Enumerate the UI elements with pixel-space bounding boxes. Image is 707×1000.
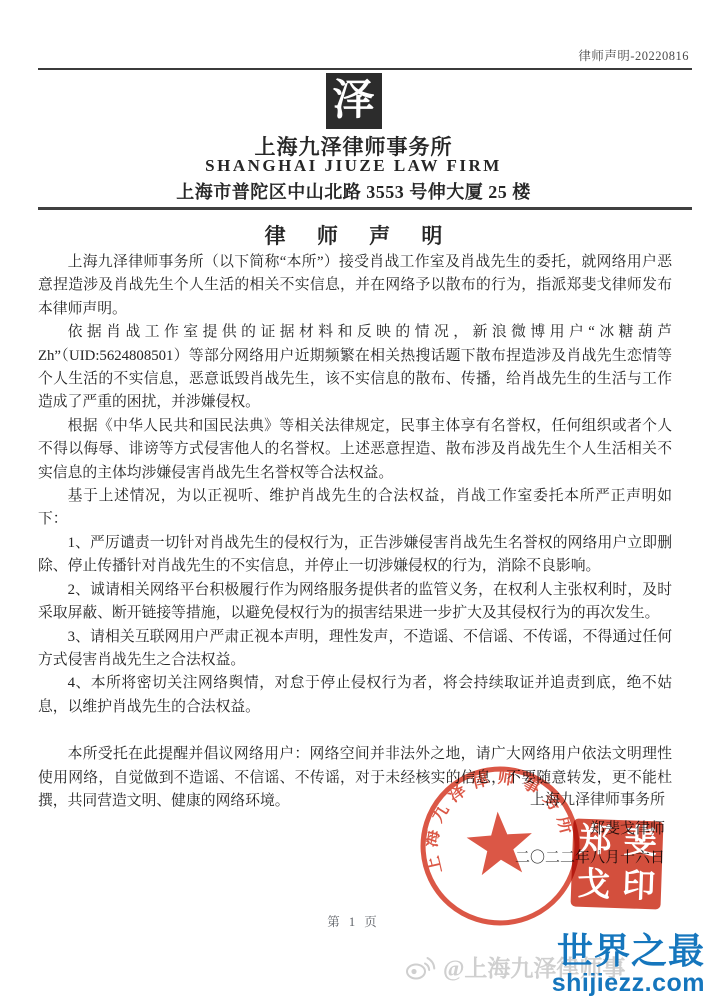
statement-item-4: 4、本所将密切关注网络舆情，对怠于停止侵权行为者，将会持续取证并追责到底，绝不姑… — [38, 672, 672, 719]
square-seal-char: 郑 — [578, 824, 612, 858]
square-seal-char: 印 — [622, 870, 656, 904]
header-rule-bottom — [38, 207, 692, 210]
statement-item-2: 2、诚请相关网络平台积极履行作为网络服务提供者的监管义务，在权利人主张权利时，及… — [38, 579, 672, 626]
statement-paragraph: 依据肖战工作室提供的证据材料和反映的情况，新浪微博用户“冰糖葫芦 Zh”（UID… — [38, 321, 672, 415]
square-seal-char: 斐 — [623, 826, 657, 860]
document-reference-number: 律师声明-20220816 — [578, 46, 689, 64]
seal-star-icon — [465, 809, 535, 876]
shijiezz-watermark-logo: 世界之最 shijiezz.com — [552, 933, 705, 996]
square-seal-char: 戈 — [577, 868, 611, 902]
statement-item-1: 1、严厉谴责一切针对肖战先生的侵权行为，正告涉嫌侵害肖战先生名誉权的网络用户立即… — [38, 532, 672, 579]
lawyer-square-seal: 郑 斐 戈 印 — [570, 818, 663, 909]
law-firm-statement-page: 律师声明-20220816 泽 上海九泽律师事务所 SHANGHAI JIUZE… — [0, 0, 707, 1000]
statement-paragraph: 基于上述情况，为以正视听、维护肖战先生的合法权益，肖战工作室委托本所严正声明如下… — [38, 485, 672, 532]
firm-address: 上海市普陀区中山北路 3553 号伸大厦 25 楼 — [0, 178, 707, 204]
document-title: 律 师 声 明 — [0, 220, 707, 250]
shijiezz-logo-domain: shijiezz.com — [552, 971, 705, 996]
statement-paragraph: 根据《中华人民共和国民法典》等相关法律规定，民事主体享有名誉权，任何组织或者个人… — [38, 415, 672, 485]
shijiezz-logo-title: 世界之最 — [552, 933, 705, 969]
header-rule-top — [38, 68, 692, 70]
statement-item-3: 3、请相关互联网用户严肃正视本声明，理性发声，不造谣、不信谣、不传谣，不得通过任… — [38, 626, 672, 673]
law-firm-round-seal: 上海九泽律师事务所 — [412, 758, 587, 933]
statement-paragraph: 上海九泽律师事务所（以下简称“本所”）接受肖战工作室及肖战先生的委托，就网络用户… — [38, 251, 672, 321]
logo-character: 泽 — [332, 80, 374, 122]
statement-body: 上海九泽律师事务所（以下简称“本所”）接受肖战工作室及肖战先生的委托，就网络用户… — [38, 251, 672, 813]
law-firm-logo: 泽 — [326, 73, 382, 129]
page-number: 第 1 页 — [0, 912, 707, 930]
firm-name-english: SHANGHAI JIUZE LAW FIRM — [0, 156, 707, 176]
weibo-icon — [405, 954, 437, 980]
